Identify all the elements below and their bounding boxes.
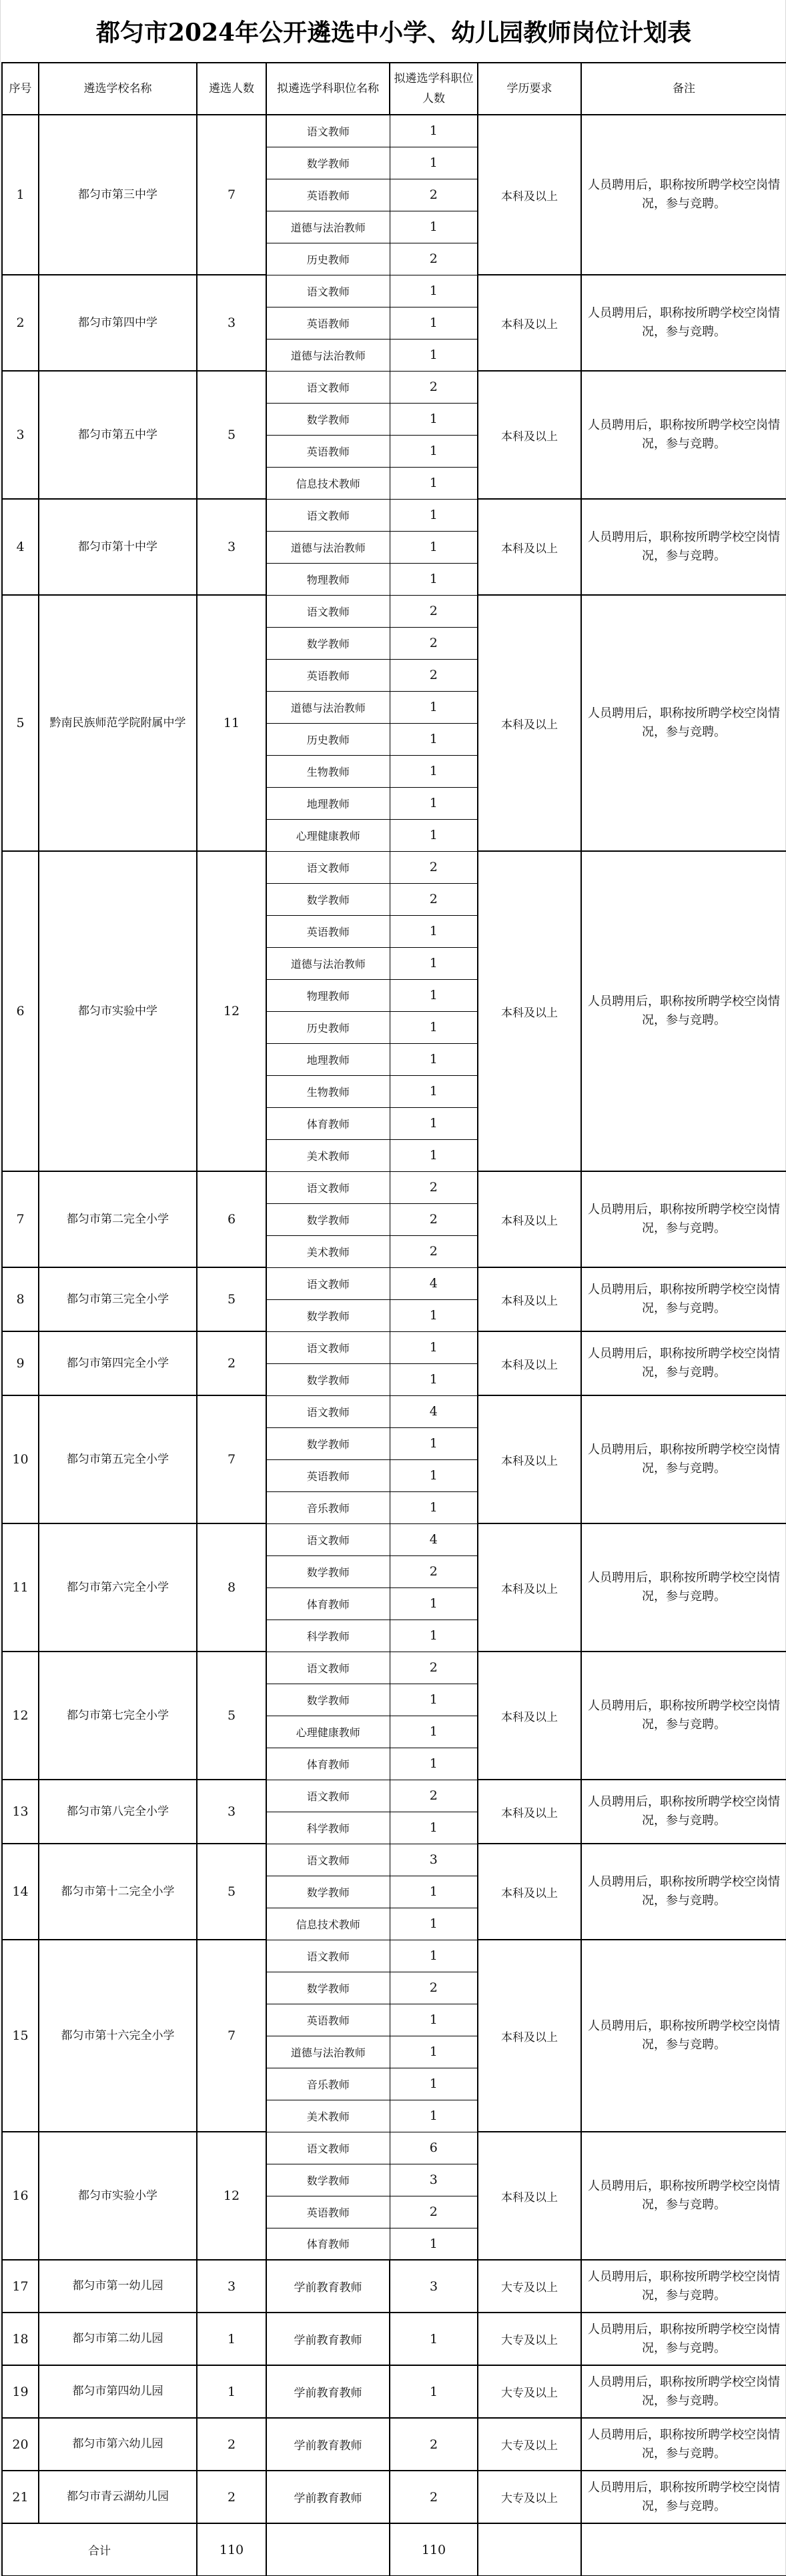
cell-subject-count: 1 [390, 435, 478, 467]
cell-subject-count: 2 [390, 851, 478, 883]
cell-subject: 学前教育教师 [266, 2418, 390, 2471]
document-title: 都匀市2024年公开遴选中小学、幼儿园教师岗位计划表 [1, 0, 786, 62]
table-row: 14都匀市第十二完全小学5语文教师3本科及以上人员聘用后，职称按所聘学校空岗情况… [2, 1844, 786, 1876]
cell-seq: 18 [2, 2313, 39, 2365]
cell-subject: 数学教师 [266, 403, 390, 435]
table-row: 21都匀市青云湖幼儿园2学前教育教师2大专及以上人员聘用后，职称按所聘学校空岗情… [2, 2471, 786, 2523]
cell-subject: 美术教师 [266, 2100, 390, 2132]
header-note: 备注 [581, 63, 786, 115]
cell-seq: 16 [2, 2132, 39, 2260]
cell-school-count: 2 [197, 1331, 266, 1395]
cell-note: 人员聘用后，职称按所聘学校空岗情况，参与竞聘。 [581, 595, 786, 851]
cell-school-count: 12 [197, 851, 266, 1171]
cell-school-name: 都匀市第十中学 [39, 499, 197, 595]
cell-seq: 5 [2, 595, 39, 851]
cell-seq: 7 [2, 1171, 39, 1267]
cell-subject: 英语教师 [266, 179, 390, 211]
cell-school-count: 1 [197, 2365, 266, 2418]
cell-subject-count: 1 [390, 147, 478, 179]
cell-subject: 生物教师 [266, 755, 390, 787]
cell-subject: 数学教师 [266, 1684, 390, 1716]
table-row: 2都匀市第四中学3语文教师1本科及以上人员聘用后，职称按所聘学校空岗情况，参与竞… [2, 275, 786, 307]
cell-subject-count: 1 [390, 787, 478, 819]
cell-school-name: 都匀市第二幼儿园 [39, 2313, 197, 2365]
cell-subject: 语文教师 [266, 1395, 390, 1427]
cell-subject-count: 1 [390, 1299, 478, 1331]
cell-subject: 美术教师 [266, 1139, 390, 1171]
cell-seq: 9 [2, 1331, 39, 1395]
cell-subject-count: 2 [390, 371, 478, 403]
cell-subject: 学前教育教师 [266, 2365, 390, 2418]
cell-subject-count: 1 [390, 1587, 478, 1620]
cell-school-count: 8 [197, 1523, 266, 1652]
cell-school-name: 都匀市第三中学 [39, 115, 197, 275]
cell-subject-count: 1 [390, 499, 478, 531]
cell-subject: 道德与法治教师 [266, 531, 390, 563]
cell-subject: 道德与法治教师 [266, 211, 390, 243]
cell-school-name: 都匀市第五完全小学 [39, 1395, 197, 1523]
cell-subject-count: 1 [390, 1716, 478, 1748]
cell-note: 人员聘用后，职称按所聘学校空岗情况，参与竞聘。 [581, 2132, 786, 2260]
cell-education: 本科及以上 [478, 1780, 581, 1844]
table-row: 10都匀市第五完全小学7语文教师4本科及以上人员聘用后，职称按所聘学校空岗情况，… [2, 1395, 786, 1427]
cell-education: 本科及以上 [478, 595, 581, 851]
cell-subject-count: 1 [390, 819, 478, 851]
table-row: 12都匀市第七完全小学5语文教师2本科及以上人员聘用后，职称按所聘学校空岗情况，… [2, 1652, 786, 1684]
cell-education: 本科及以上 [478, 275, 581, 371]
cell-subject: 数学教师 [266, 1363, 390, 1395]
cell-note: 人员聘用后，职称按所聘学校空岗情况，参与竞聘。 [581, 1523, 786, 1652]
cell-note: 人员聘用后，职称按所聘学校空岗情况，参与竞聘。 [581, 1171, 786, 1267]
cell-subject-count: 1 [390, 1331, 478, 1363]
cell-subject: 语文教师 [266, 371, 390, 403]
cell-note: 人员聘用后，职称按所聘学校空岗情况，参与竞聘。 [581, 1267, 786, 1331]
table-row: 11都匀市第六完全小学8语文教师4本科及以上人员聘用后，职称按所聘学校空岗情况，… [2, 1523, 786, 1555]
cell-education: 本科及以上 [478, 1652, 581, 1780]
cell-school-count: 7 [197, 1395, 266, 1523]
cell-school-name: 都匀市第六幼儿园 [39, 2418, 197, 2471]
cell-education: 大专及以上 [478, 2260, 581, 2313]
table-row: 8都匀市第三完全小学5语文教师4本科及以上人员聘用后，职称按所聘学校空岗情况，参… [2, 1267, 786, 1299]
cell-subject-count: 1 [390, 1491, 478, 1523]
cell-school-name: 都匀市第八完全小学 [39, 1780, 197, 1844]
cell-subject-count: 1 [390, 1876, 478, 1908]
total-note-empty [581, 2523, 786, 2576]
cell-seq: 2 [2, 275, 39, 371]
table-row: 3都匀市第五中学5语文教师2本科及以上人员聘用后，职称按所聘学校空岗情况，参与竞… [2, 371, 786, 403]
total-count: 110 [197, 2523, 266, 2576]
cell-subject: 道德与法治教师 [266, 691, 390, 723]
cell-subject: 语文教师 [266, 1523, 390, 1555]
cell-education: 本科及以上 [478, 1940, 581, 2132]
cell-subject: 科学教师 [266, 1812, 390, 1844]
cell-subject-count: 4 [390, 1523, 478, 1555]
cell-subject-count: 1 [390, 755, 478, 787]
cell-subject-count: 1 [390, 1940, 478, 1972]
cell-school-count: 2 [197, 2471, 266, 2523]
cell-education: 本科及以上 [478, 499, 581, 595]
cell-subject: 语文教师 [266, 499, 390, 531]
cell-subject: 历史教师 [266, 1011, 390, 1043]
cell-education: 大专及以上 [478, 2418, 581, 2471]
cell-subject-count: 1 [390, 1748, 478, 1780]
cell-note: 人员聘用后，职称按所聘学校空岗情况，参与竞聘。 [581, 2471, 786, 2523]
table-row: 7都匀市第二完全小学6语文教师2本科及以上人员聘用后，职称按所聘学校空岗情况，参… [2, 1171, 786, 1203]
cell-note: 人员聘用后，职称按所聘学校空岗情况，参与竞聘。 [581, 1844, 786, 1940]
total-row: 合计 110 110 [2, 2523, 786, 2576]
cell-seq: 10 [2, 1395, 39, 1523]
cell-subject-count: 4 [390, 1267, 478, 1299]
cell-subject: 语文教师 [266, 1331, 390, 1363]
cell-school-name: 都匀市实验中学 [39, 851, 197, 1171]
cell-school-count: 11 [197, 595, 266, 851]
cell-subject-count: 2 [390, 1555, 478, 1587]
cell-subject-count: 1 [390, 1363, 478, 1395]
cell-subject-count: 2 [390, 2471, 478, 2523]
table-body: 1都匀市第三中学7语文教师1本科及以上人员聘用后，职称按所聘学校空岗情况，参与竞… [2, 115, 786, 2523]
cell-subject: 数学教师 [266, 2164, 390, 2196]
cell-school-name: 都匀市第三完全小学 [39, 1267, 197, 1331]
cell-education: 本科及以上 [478, 371, 581, 499]
cell-note: 人员聘用后，职称按所聘学校空岗情况，参与竞聘。 [581, 1331, 786, 1395]
cell-school-name: 都匀市第五中学 [39, 371, 197, 499]
cell-note: 人员聘用后，职称按所聘学校空岗情况，参与竞聘。 [581, 1780, 786, 1844]
cell-subject: 道德与法治教师 [266, 2036, 390, 2068]
header-seq: 序号 [2, 63, 39, 115]
cell-subject-count: 2 [390, 627, 478, 659]
cell-note: 人员聘用后，职称按所聘学校空岗情况，参与竞聘。 [581, 2313, 786, 2365]
cell-education: 本科及以上 [478, 2132, 581, 2260]
cell-seq: 3 [2, 371, 39, 499]
cell-subject-count: 1 [390, 531, 478, 563]
cell-subject: 语文教师 [266, 2132, 390, 2164]
cell-subject-count: 1 [390, 211, 478, 243]
table-row: 16都匀市实验小学12语文教师6本科及以上人员聘用后，职称按所聘学校空岗情况，参… [2, 2132, 786, 2164]
cell-seq: 8 [2, 1267, 39, 1331]
document-page: 都匀市2024年公开遴选中小学、幼儿园教师岗位计划表 序号 遴选学校名称 遴选人… [0, 0, 786, 2576]
cell-note: 人员聘用后，职称按所聘学校空岗情况，参与竞聘。 [581, 499, 786, 595]
cell-education: 本科及以上 [478, 1331, 581, 1395]
cell-subject: 体育教师 [266, 1748, 390, 1780]
cell-subject-count: 1 [390, 307, 478, 339]
cell-school-name: 都匀市第六完全小学 [39, 1523, 197, 1652]
cell-subject: 英语教师 [266, 2196, 390, 2228]
cell-school-name: 都匀市第十二完全小学 [39, 1844, 197, 1940]
cell-seq: 12 [2, 1652, 39, 1780]
cell-note: 人员聘用后，职称按所聘学校空岗情况，参与竞聘。 [581, 115, 786, 275]
cell-subject-count: 1 [390, 2068, 478, 2100]
cell-education: 本科及以上 [478, 1171, 581, 1267]
cell-education: 本科及以上 [478, 1844, 581, 1940]
cell-subject-count: 2 [390, 1235, 478, 1267]
cell-subject: 生物教师 [266, 1075, 390, 1107]
cell-subject-count: 1 [390, 1139, 478, 1171]
cell-subject-count: 1 [390, 2365, 478, 2418]
cell-subject: 心理健康教师 [266, 1716, 390, 1748]
cell-subject-count: 1 [390, 2313, 478, 2365]
cell-seq: 21 [2, 2471, 39, 2523]
cell-seq: 15 [2, 1940, 39, 2132]
header-subject-count: 拟遴选学科职位人数 [390, 63, 478, 115]
cell-school-count: 6 [197, 1171, 266, 1267]
cell-note: 人员聘用后，职称按所聘学校空岗情况，参与竞聘。 [581, 1652, 786, 1780]
cell-subject: 道德与法治教师 [266, 339, 390, 371]
cell-note: 人员聘用后，职称按所聘学校空岗情况，参与竞聘。 [581, 851, 786, 1171]
cell-subject: 音乐教师 [266, 2068, 390, 2100]
cell-subject: 信息技术教师 [266, 467, 390, 499]
cell-subject: 英语教师 [266, 307, 390, 339]
cell-subject: 物理教师 [266, 563, 390, 595]
cell-subject: 英语教师 [266, 2004, 390, 2036]
cell-subject-count: 1 [390, 947, 478, 979]
table-row: 1都匀市第三中学7语文教师1本科及以上人员聘用后，职称按所聘学校空岗情况，参与竞… [2, 115, 786, 147]
cell-subject: 物理教师 [266, 979, 390, 1011]
cell-school-count: 5 [197, 1844, 266, 1940]
cell-subject: 英语教师 [266, 1459, 390, 1491]
cell-subject: 美术教师 [266, 1235, 390, 1267]
cell-subject-count: 1 [390, 1684, 478, 1716]
cell-note: 人员聘用后，职称按所聘学校空岗情况，参与竞聘。 [581, 1940, 786, 2132]
cell-subject: 数学教师 [266, 1555, 390, 1587]
cell-school-count: 7 [197, 115, 266, 275]
cell-note: 人员聘用后，职称按所聘学校空岗情况，参与竞聘。 [581, 275, 786, 371]
cell-subject-count: 1 [390, 467, 478, 499]
cell-education: 本科及以上 [478, 1395, 581, 1523]
cell-subject: 信息技术教师 [266, 1908, 390, 1940]
header-school: 遴选学校名称 [39, 63, 197, 115]
cell-subject-count: 1 [390, 275, 478, 307]
cell-subject-count: 1 [390, 2036, 478, 2068]
cell-education: 大专及以上 [478, 2365, 581, 2418]
cell-school-name: 黔南民族师范学院附属中学 [39, 595, 197, 851]
cell-subject-count: 3 [390, 2260, 478, 2313]
table-row: 9都匀市第四完全小学2语文教师1本科及以上人员聘用后，职称按所聘学校空岗情况，参… [2, 1331, 786, 1363]
table-header-row: 序号 遴选学校名称 遴选人数 拟遴选学科职位名称 拟遴选学科职位人数 学历要求 … [2, 63, 786, 115]
cell-subject-count: 3 [390, 2164, 478, 2196]
position-plan-table: 序号 遴选学校名称 遴选人数 拟遴选学科职位名称 拟遴选学科职位人数 学历要求 … [1, 62, 786, 2576]
cell-subject: 语文教师 [266, 1844, 390, 1876]
table-row: 20都匀市第六幼儿园2学前教育教师2大专及以上人员聘用后，职称按所聘学校空岗情况… [2, 2418, 786, 2471]
cell-subject-count: 2 [390, 179, 478, 211]
cell-subject-count: 2 [390, 2196, 478, 2228]
cell-school-name: 都匀市青云湖幼儿园 [39, 2471, 197, 2523]
cell-subject: 科学教师 [266, 1620, 390, 1652]
cell-note: 人员聘用后，职称按所聘学校空岗情况，参与竞聘。 [581, 371, 786, 499]
cell-seq: 1 [2, 115, 39, 275]
cell-subject: 语文教师 [266, 1652, 390, 1684]
header-count: 遴选人数 [197, 63, 266, 115]
cell-education: 本科及以上 [478, 1523, 581, 1652]
cell-subject-count: 6 [390, 2132, 478, 2164]
cell-seq: 4 [2, 499, 39, 595]
cell-subject-count: 2 [390, 2418, 478, 2471]
cell-school-name: 都匀市第十六完全小学 [39, 1940, 197, 2132]
total-label: 合计 [2, 2523, 197, 2576]
cell-subject: 学前教育教师 [266, 2260, 390, 2313]
cell-subject-count: 2 [390, 1972, 478, 2004]
cell-note: 人员聘用后，职称按所聘学校空岗情况，参与竞聘。 [581, 1395, 786, 1523]
cell-subject-count: 2 [390, 1780, 478, 1812]
table-row: 4都匀市第十中学3语文教师1本科及以上人员聘用后，职称按所聘学校空岗情况，参与竞… [2, 499, 786, 531]
cell-school-name: 都匀市第七完全小学 [39, 1652, 197, 1780]
cell-school-count: 5 [197, 1652, 266, 1780]
cell-school-count: 3 [197, 2260, 266, 2313]
cell-subject: 历史教师 [266, 723, 390, 755]
cell-subject-count: 1 [390, 1075, 478, 1107]
cell-subject: 数学教师 [266, 1427, 390, 1459]
cell-subject: 地理教师 [266, 1043, 390, 1075]
cell-subject: 学前教育教师 [266, 2471, 390, 2523]
cell-seq: 6 [2, 851, 39, 1171]
cell-subject-count: 2 [390, 1171, 478, 1203]
cell-subject-count: 1 [390, 403, 478, 435]
table-row: 15都匀市第十六完全小学7语文教师1本科及以上人员聘用后，职称按所聘学校空岗情况… [2, 1940, 786, 1972]
table-row: 6都匀市实验中学12语文教师2本科及以上人员聘用后，职称按所聘学校空岗情况，参与… [2, 851, 786, 883]
cell-subject: 英语教师 [266, 659, 390, 691]
cell-school-count: 3 [197, 1780, 266, 1844]
cell-subject-count: 3 [390, 1844, 478, 1876]
cell-subject-count: 1 [390, 723, 478, 755]
cell-subject: 数学教师 [266, 147, 390, 179]
cell-school-name: 都匀市第一幼儿园 [39, 2260, 197, 2313]
cell-education: 本科及以上 [478, 851, 581, 1171]
total-education-empty [478, 2523, 581, 2576]
cell-subject: 数学教师 [266, 1876, 390, 1908]
cell-subject: 体育教师 [266, 1107, 390, 1139]
cell-school-name: 都匀市第二完全小学 [39, 1171, 197, 1267]
cell-subject-count: 1 [390, 1459, 478, 1491]
cell-subject: 语文教师 [266, 595, 390, 627]
cell-subject-count: 2 [390, 1652, 478, 1684]
cell-subject: 英语教师 [266, 915, 390, 947]
cell-subject: 数学教师 [266, 1299, 390, 1331]
total-subject-count: 110 [390, 2523, 478, 2576]
cell-school-count: 3 [197, 275, 266, 371]
cell-seq: 11 [2, 1523, 39, 1652]
cell-subject-count: 1 [390, 1011, 478, 1043]
cell-subject: 地理教师 [266, 787, 390, 819]
cell-seq: 19 [2, 2365, 39, 2418]
cell-seq: 13 [2, 1780, 39, 1844]
cell-school-count: 1 [197, 2313, 266, 2365]
cell-education: 本科及以上 [478, 115, 581, 275]
cell-school-count: 3 [197, 499, 266, 595]
cell-subject-count: 1 [390, 1908, 478, 1940]
cell-subject: 语文教师 [266, 1171, 390, 1203]
table-row: 5黔南民族师范学院附属中学11语文教师2本科及以上人员聘用后，职称按所聘学校空岗… [2, 595, 786, 627]
cell-seq: 14 [2, 1844, 39, 1940]
cell-subject: 英语教师 [266, 435, 390, 467]
cell-subject-count: 1 [390, 1043, 478, 1075]
cell-subject-count: 1 [390, 115, 478, 147]
cell-subject-count: 1 [390, 2100, 478, 2132]
cell-subject-count: 1 [390, 691, 478, 723]
table-row: 19都匀市第四幼儿园1学前教育教师1大专及以上人员聘用后，职称按所聘学校空岗情况… [2, 2365, 786, 2418]
cell-subject: 历史教师 [266, 243, 390, 275]
cell-subject-count: 4 [390, 1395, 478, 1427]
cell-subject-count: 1 [390, 1107, 478, 1139]
cell-subject: 语文教师 [266, 115, 390, 147]
cell-school-count: 12 [197, 2132, 266, 2260]
cell-note: 人员聘用后，职称按所聘学校空岗情况，参与竞聘。 [581, 2260, 786, 2313]
cell-subject: 语文教师 [266, 1780, 390, 1812]
cell-school-count: 5 [197, 1267, 266, 1331]
cell-school-name: 都匀市实验小学 [39, 2132, 197, 2260]
cell-subject-count: 2 [390, 883, 478, 915]
cell-subject-count: 1 [390, 563, 478, 595]
header-education: 学历要求 [478, 63, 581, 115]
cell-subject-count: 2 [390, 595, 478, 627]
cell-education: 大专及以上 [478, 2471, 581, 2523]
cell-subject: 数学教师 [266, 1203, 390, 1235]
cell-subject: 学前教育教师 [266, 2313, 390, 2365]
cell-subject: 数学教师 [266, 883, 390, 915]
cell-school-name: 都匀市第四完全小学 [39, 1331, 197, 1395]
cell-subject-count: 1 [390, 2228, 478, 2260]
cell-subject: 语文教师 [266, 275, 390, 307]
header-subject: 拟遴选学科职位名称 [266, 63, 390, 115]
cell-seq: 20 [2, 2418, 39, 2471]
table-row: 13都匀市第八完全小学3语文教师2本科及以上人员聘用后，职称按所聘学校空岗情况，… [2, 1780, 786, 1812]
cell-subject: 语文教师 [266, 851, 390, 883]
cell-subject-count: 1 [390, 1620, 478, 1652]
cell-subject-count: 1 [390, 979, 478, 1011]
cell-school-count: 2 [197, 2418, 266, 2471]
cell-school-count: 5 [197, 371, 266, 499]
cell-subject: 数学教师 [266, 627, 390, 659]
cell-subject: 语文教师 [266, 1940, 390, 1972]
total-subject-empty [266, 2523, 390, 2576]
cell-subject-count: 2 [390, 659, 478, 691]
cell-subject-count: 1 [390, 339, 478, 371]
cell-school-name: 都匀市第四幼儿园 [39, 2365, 197, 2418]
cell-education: 本科及以上 [478, 1267, 581, 1331]
cell-subject-count: 2 [390, 243, 478, 275]
cell-education: 大专及以上 [478, 2313, 581, 2365]
cell-school-name: 都匀市第四中学 [39, 275, 197, 371]
table-row: 17都匀市第一幼儿园3学前教育教师3大专及以上人员聘用后，职称按所聘学校空岗情况… [2, 2260, 786, 2313]
cell-subject-count: 1 [390, 915, 478, 947]
cell-subject: 道德与法治教师 [266, 947, 390, 979]
cell-note: 人员聘用后，职称按所聘学校空岗情况，参与竞聘。 [581, 2418, 786, 2471]
cell-subject: 音乐教师 [266, 1491, 390, 1523]
cell-school-count: 7 [197, 1940, 266, 2132]
cell-subject: 心理健康教师 [266, 819, 390, 851]
cell-subject-count: 1 [390, 1812, 478, 1844]
cell-subject: 语文教师 [266, 1267, 390, 1299]
cell-subject: 体育教师 [266, 1587, 390, 1620]
cell-subject-count: 2 [390, 1203, 478, 1235]
cell-subject: 体育教师 [266, 2228, 390, 2260]
table-row: 18都匀市第二幼儿园1学前教育教师1大专及以上人员聘用后，职称按所聘学校空岗情况… [2, 2313, 786, 2365]
cell-note: 人员聘用后，职称按所聘学校空岗情况，参与竞聘。 [581, 2365, 786, 2418]
cell-seq: 17 [2, 2260, 39, 2313]
cell-subject: 数学教师 [266, 1972, 390, 2004]
cell-subject-count: 1 [390, 2004, 478, 2036]
cell-subject-count: 1 [390, 1427, 478, 1459]
